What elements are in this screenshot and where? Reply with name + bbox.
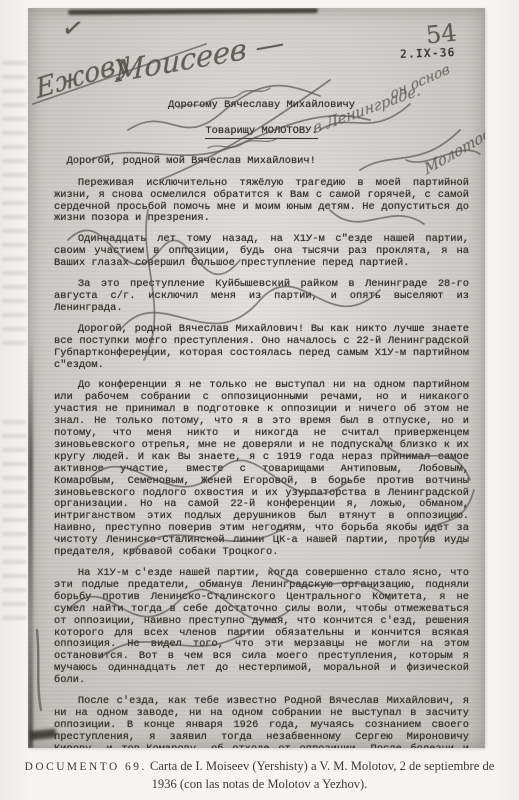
letter-paragraph: На Х1У-м с'езде нашей партии, когда сове…: [54, 568, 469, 687]
book-page: Дорогому Вячеславу Михайловичу Товарищу …: [0, 0, 519, 800]
figure-caption: DOCUMENTO 69. Carta de I. Moiseev (Yersh…: [20, 758, 499, 792]
page-bleed-through: [2, 420, 26, 620]
letter-paragraph: За это преступление Куйбышевский райком …: [54, 279, 469, 315]
letter-paragraph: Одиннадцать лет тому назад, на Х1У-м с"е…: [54, 234, 469, 270]
address-line-1: Дорогому Вячеславу Михайловичу: [54, 100, 469, 112]
caption-text: Carta de I. Moiseev (Yershisty) a V. M. …: [147, 759, 495, 791]
letter-paragraph: Дорогой, родной Вячеслав Михайлович! Вы …: [54, 324, 469, 372]
letter-paragraph: До конференции я не только не выступал н…: [54, 380, 469, 559]
page-bleed-through: [2, 55, 26, 345]
caption-label: DOCUMENTO 69.: [25, 761, 147, 773]
letter-scan: Дорогому Вячеславу Михайловичу Товарищу …: [28, 8, 485, 748]
salutation: Дорогой, родной мой Вячеслав Михайлович!: [54, 156, 469, 168]
address-line-2: Товарищу МОЛОТОВУ.: [205, 125, 317, 139]
letter-paragraph: После с'езда, как тебе известно Родной В…: [54, 696, 469, 748]
typed-letter: Дорогому Вячеславу Михайловичу Товарищу …: [28, 8, 485, 748]
letter-paragraph: Переживая исключительно тяжёлую трагедию…: [54, 178, 469, 226]
